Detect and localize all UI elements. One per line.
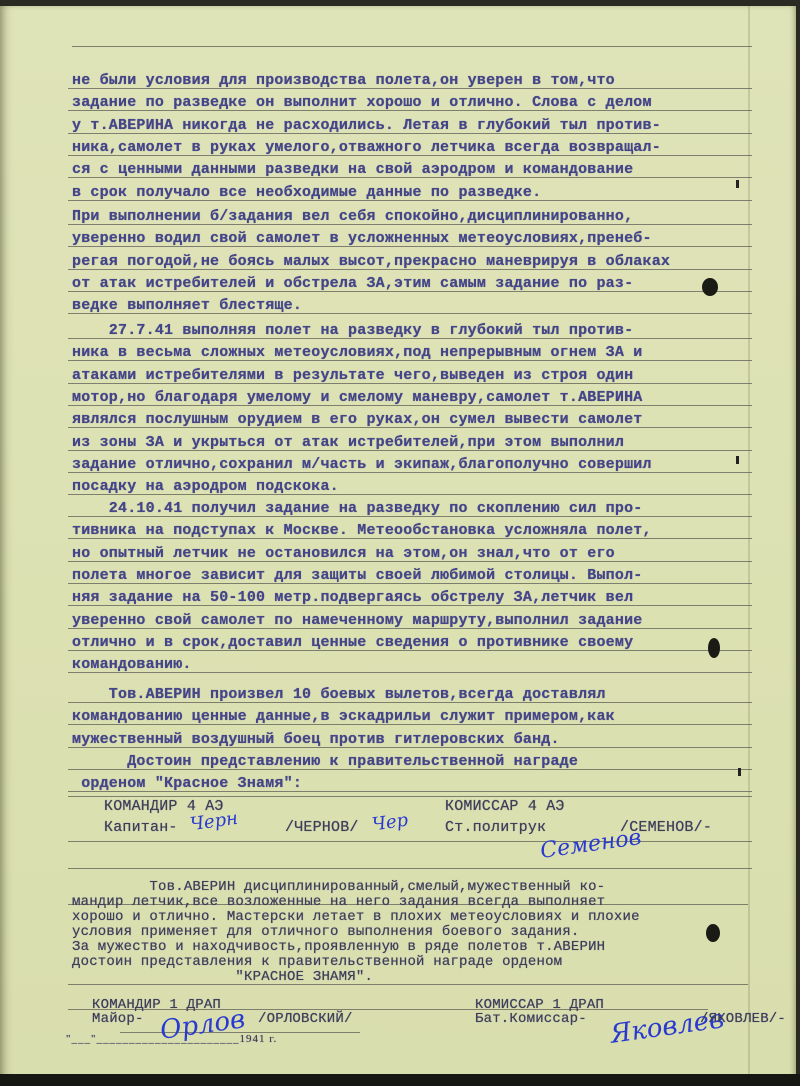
ink-speck <box>736 456 739 464</box>
conclusion-line: условия применяет для отличного выполнен… <box>72 925 579 940</box>
body-line: командованию. <box>72 656 192 674</box>
body-line: из зоны ЗА и укрыться от атак истребител… <box>72 434 624 452</box>
body-line: не были условия для производства полета,… <box>72 72 615 90</box>
ink-speck <box>736 180 739 188</box>
body-line: ника,самолет в руках умелого,отважного л… <box>72 139 661 157</box>
body-line: атаками истребителями в результате чего,… <box>72 367 633 385</box>
body-line: 27.7.41 выполняя полет на разведку в глу… <box>72 322 633 340</box>
body-line: 24.10.41 получил задание на разведку по … <box>72 500 643 518</box>
body-line: При выполнении б/задания вел себя спокой… <box>72 208 633 226</box>
conclusion-line: мандир летчик,все возложенные на него за… <box>72 895 605 910</box>
conclusion-line: хорошо и отлично. Мастерски летает в пло… <box>72 910 640 925</box>
ruled-line <box>68 841 752 842</box>
ruled-line <box>68 868 752 869</box>
date-line: "___"______________________1941 г. <box>66 1030 277 1048</box>
body-line: от атак истребителей и обстрела ЗА,этим … <box>72 275 633 293</box>
body-line: уверенно свой самолет по намеченному мар… <box>72 612 643 630</box>
commissar-4ae-rank: Ст.политрук <box>445 819 546 837</box>
ruled-line <box>72 46 752 47</box>
ruled-line <box>68 796 752 797</box>
conclusion-line: "КРАСНОЕ ЗНАМЯ". <box>72 970 373 985</box>
body-line: отлично и в срок,доставил ценные сведени… <box>72 634 633 652</box>
body-line: регая погодой,не боясь малых высот,прекр… <box>72 253 670 271</box>
body-line: посадку на аэродром подскока. <box>72 478 339 496</box>
body-line: но опытный летчик не остановился на этом… <box>72 545 615 563</box>
body-line: уверенно водил свой самолет в усложненны… <box>72 230 652 248</box>
body-line: тивника на подступах к Москве. Метеообст… <box>72 522 652 540</box>
commissar-4ae-name: /СЕМЕНОВ/- <box>620 819 712 837</box>
commissar-1drap-name: /ЯКОВЛЕВ/- <box>700 1010 786 1028</box>
body-line: ся с ценными данными разведки на свой аэ… <box>72 161 633 179</box>
page-fold <box>748 6 750 1080</box>
commissar-1drap-rank: Бат.Комиссар- <box>475 1010 587 1028</box>
conclusion-line: За мужество и находчивость,проявленную в… <box>72 940 605 955</box>
punch-hole <box>706 924 720 942</box>
punch-hole <box>708 638 720 658</box>
body-line: Достоин представлению к правительственно… <box>72 753 578 771</box>
commander-1drap-rank: Майор- <box>92 1010 144 1028</box>
body-line: ника в весьма сложных метеоусловиях,под … <box>72 344 643 362</box>
body-line: задание по разведке он выполнит хорошо и… <box>72 94 652 112</box>
body-line: няя задание на 50-100 метр.подвергаясь о… <box>72 589 633 607</box>
body-line: мотор,но благодаря умелому и смелому ман… <box>72 389 643 407</box>
body-line: в срок получало все необходимые данные п… <box>72 184 541 202</box>
body-line: Тов.АВЕРИН произвел 10 боевых вылетов,вс… <box>72 686 606 704</box>
punch-hole <box>702 278 718 296</box>
conclusion-line: достоин представления к правительственно… <box>72 955 562 970</box>
body-line: мужественный воздушный боец против гитле… <box>72 731 560 749</box>
commissar-4ae-title: КОМИССАР 4 АЭ <box>445 798 565 816</box>
body-line: ведке выполняет блестяще. <box>72 297 302 315</box>
body-line: являлся послушным орудием в его руках,он… <box>72 411 643 429</box>
body-line: полета многое зависит для защиты своей л… <box>72 567 643 585</box>
commander-4ae-rank: Капитан- <box>104 819 178 837</box>
commander-1drap-name: /ОРЛОВСКИЙ/ <box>258 1010 353 1028</box>
scan-edge <box>0 1074 800 1086</box>
body-line: у т.АВЕРИНА никогда не расходились. Лета… <box>72 117 661 135</box>
commander-4ae-name: /ЧЕРНОВ/ <box>285 819 359 837</box>
document-page: не были условия для производства полета,… <box>0 6 796 1080</box>
body-line: командованию ценные данные,в эскадрильи … <box>72 708 615 726</box>
body-line: орденом "Красное Знамя": <box>72 775 302 793</box>
commander-4ae-signature-2: Чер <box>371 810 410 836</box>
ink-speck <box>738 768 741 776</box>
body-line: задание отлично,сохранил м/часть и экипа… <box>72 456 652 474</box>
conclusion-line: Тов.АВЕРИН дисциплинированный,смелый,муж… <box>72 880 605 895</box>
